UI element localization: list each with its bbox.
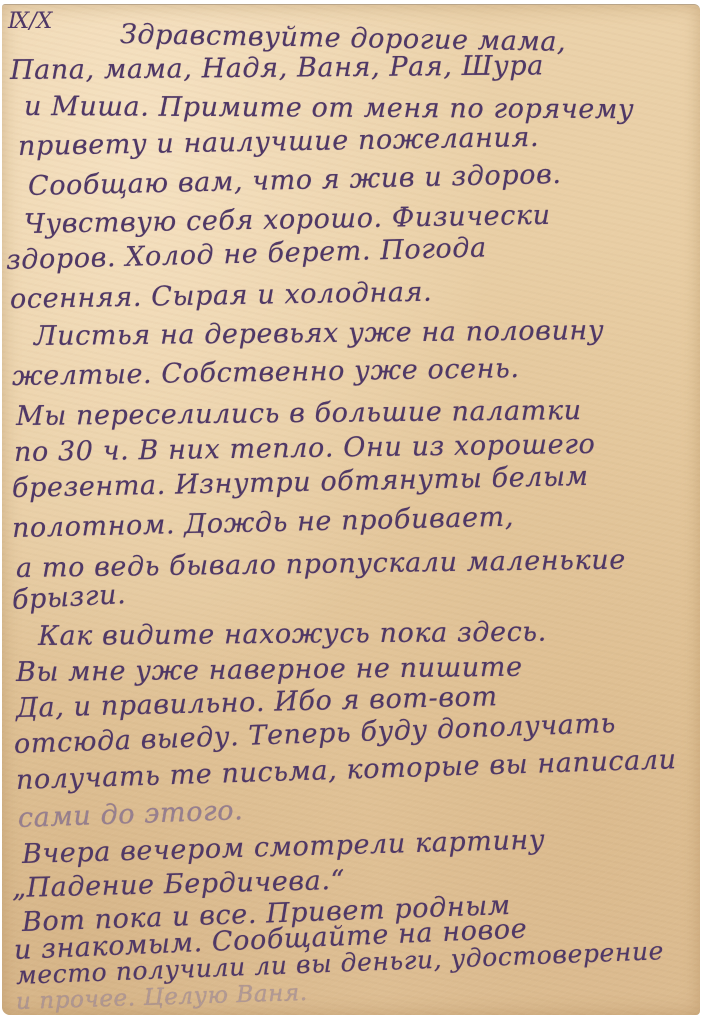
letter-line: Листья на деревьях уже на половину <box>34 315 604 352</box>
letter-line: брызги. <box>11 579 127 616</box>
letter-line: и Миша. Примите от меня по горячему <box>24 91 634 125</box>
letter-line: осенняя. Сырая и холодная. <box>10 277 433 315</box>
postcard-paper: Ⅸ/Ⅹ Здравствуйте дорогие мама, Папа, мам… <box>2 4 700 1015</box>
letter-line: Сообщаю вам, что я жив и здоров. <box>28 159 562 202</box>
letter-line: а то ведь бывало пропускали маленькие <box>16 544 626 584</box>
letter-line: Вчера вечером смотрели картину <box>22 824 546 870</box>
letter-line: Папа, мама, Надя, Ваня, Рая, Шура <box>10 50 544 86</box>
letter-line: сами до этого. <box>17 795 243 834</box>
letter-line: полотном. Дождь не пробивает, <box>12 502 515 544</box>
letter-line: привету и наилучшие пожелания. <box>18 122 540 162</box>
letter-line: Как видите нахожусь пока здесь. <box>38 617 547 652</box>
letter-line: Мы переселились в большие палатки <box>16 395 582 432</box>
letter-line: желтые. Собственно уже осень. <box>12 353 520 392</box>
letter-line: брезента. Изнутри обтянуты белым <box>12 461 589 504</box>
reference-mark: Ⅸ/Ⅹ <box>8 9 52 34</box>
